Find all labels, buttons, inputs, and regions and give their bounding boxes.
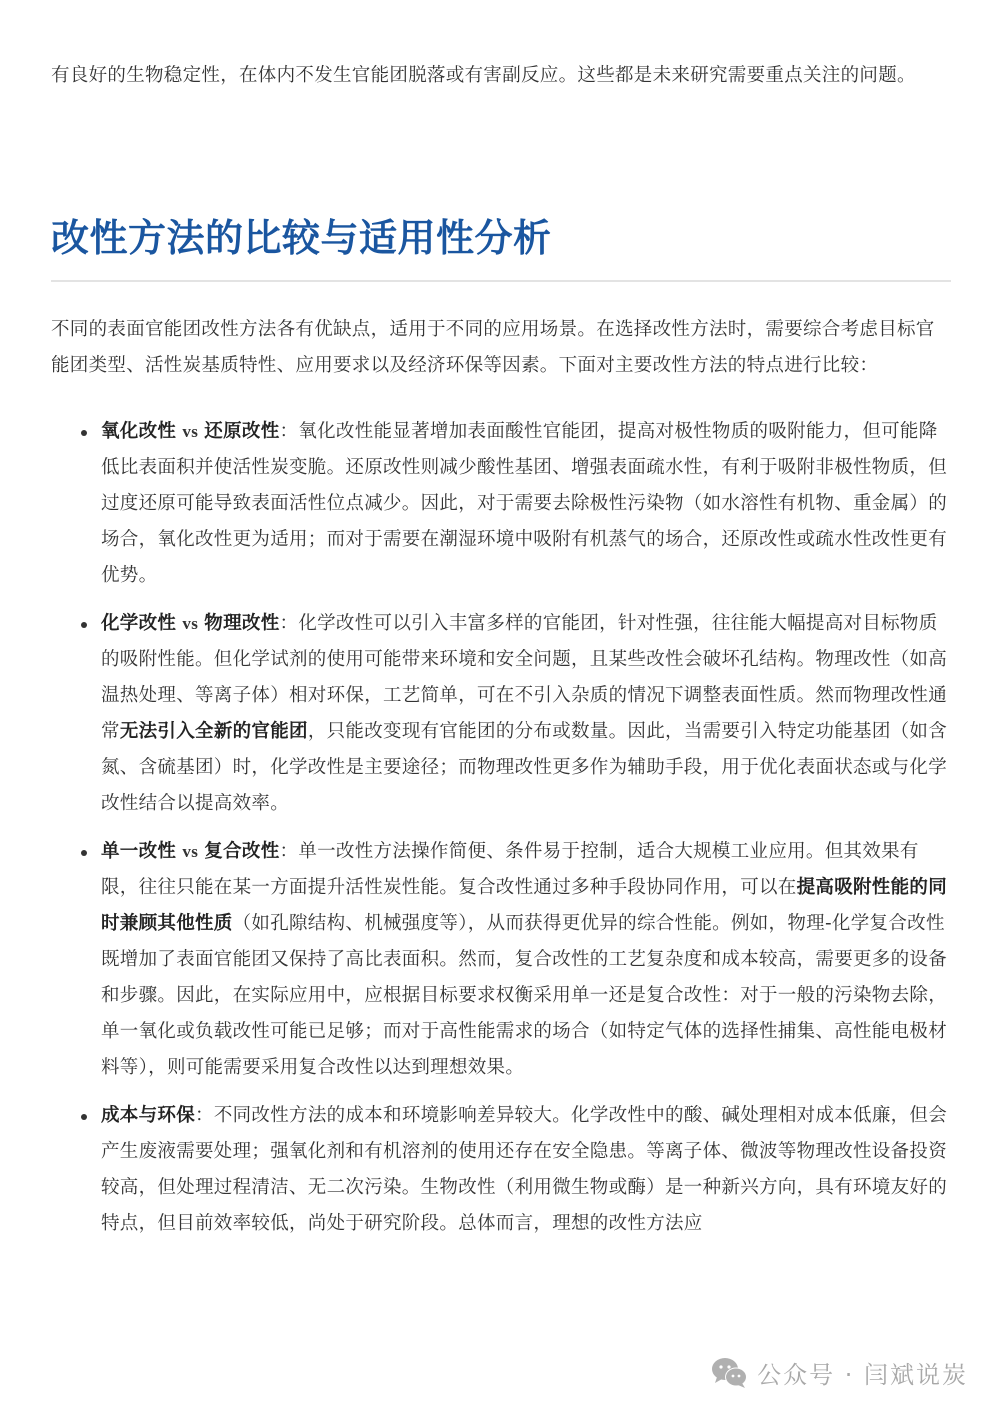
- item-colon: ：: [280, 613, 299, 634]
- bullet-dot-icon: [81, 622, 87, 628]
- item-text: 氧化改性能显著增加表面酸性官能团，提高对极性物质的吸附能力，但可能降低比表面积并…: [101, 421, 947, 586]
- item-emphasis: 无法引入全新的官能团: [120, 721, 308, 742]
- item-text: （如孔隙结构、机械强度等），从而获得更优异的综合性能。例如，物理-化学复合改性既…: [101, 913, 947, 1078]
- intro-paragraph: 有良好的生物稳定性，在体内不发生官能团脱落或有害副反应。这些都是未来研究需要重点…: [51, 58, 951, 94]
- wechat-watermark: 公众号 · 闫斌说炭: [711, 1355, 968, 1390]
- item-text: 不同改性方法的成本和环境影响差异较大。化学改性中的酸、碱处理相对成本低廉，但会产…: [101, 1105, 947, 1234]
- watermark-text: 公众号 · 闫斌说炭: [757, 1355, 968, 1390]
- item-colon: ：: [280, 421, 299, 442]
- item-vs: vs: [182, 422, 198, 441]
- section-divider: [51, 280, 951, 282]
- bullet-dot-icon: [81, 1114, 87, 1120]
- item-title-a: 化学改性: [101, 613, 176, 634]
- item-title-a: 成本与环保: [101, 1105, 195, 1126]
- item-vs: vs: [182, 614, 198, 633]
- bullet-dot-icon: [81, 850, 87, 856]
- item-title-a: 氧化改性: [101, 421, 176, 442]
- item-colon: ：: [195, 1105, 214, 1126]
- item-colon: ：: [280, 841, 299, 862]
- list-item-cost-and-environment: 成本与环保：不同改性方法的成本和环境影响差异较大。化学改性中的酸、碱处理相对成本…: [51, 1098, 951, 1242]
- list-item-single-vs-composite: 单一改性 vs 复合改性：单一改性方法操作简便、条件易于控制，适合大规模工业应用…: [51, 834, 951, 1086]
- list-item-chemical-vs-physical: 化学改性 vs 物理改性：化学改性可以引入丰富多样的官能团，针对性强，往往能大幅…: [51, 606, 951, 822]
- comparison-list: 氧化改性 vs 还原改性：氧化改性能显著增加表面酸性官能团，提高对极性物质的吸附…: [51, 414, 951, 1242]
- article: 有良好的生物稳定性，在体内不发生官能团脱落或有害副反应。这些都是未来研究需要重点…: [51, 58, 951, 1254]
- item-title-b: 物理改性: [204, 613, 279, 634]
- item-title-b: 还原改性: [204, 421, 279, 442]
- list-item-oxidation-vs-reduction: 氧化改性 vs 还原改性：氧化改性能显著增加表面酸性官能团，提高对极性物质的吸附…: [51, 414, 951, 594]
- item-vs: vs: [182, 842, 198, 861]
- lead-paragraph: 不同的表面官能团改性方法各有优缺点，适用于不同的应用场景。在选择改性方法时，需要…: [51, 312, 951, 384]
- bullet-dot-icon: [81, 430, 87, 436]
- section-title: 改性方法的比较与适用性分析: [51, 212, 951, 264]
- wechat-icon: [711, 1357, 749, 1389]
- item-title-a: 单一改性: [101, 841, 176, 862]
- item-title-b: 复合改性: [204, 841, 279, 862]
